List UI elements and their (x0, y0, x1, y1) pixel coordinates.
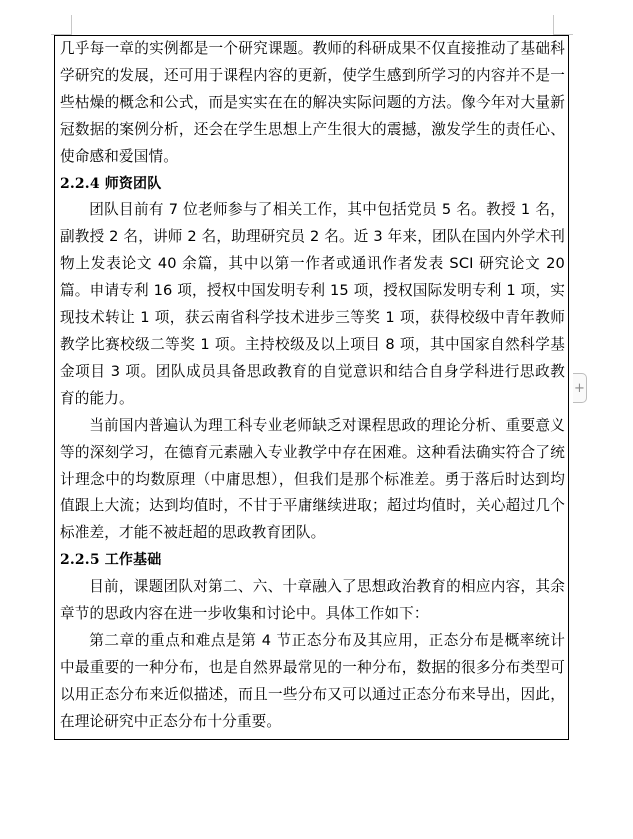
work-foundation-paragraph-2: 第二章的重点和难点是第 4 节正态分布及其应用，正态分布是概率统计中最重要的一种… (60, 628, 565, 736)
crop-mark-top-left-vertical (71, 15, 72, 35)
plus-icon: + (574, 381, 585, 396)
faculty-team-paragraph-2: 当前国内普遍认为理工科专业老师缺乏对课程思政的理论分析、重要意义等的深刻学习，在… (60, 413, 565, 548)
section-heading-faculty-team: 2.2.4 师资团队 (60, 171, 565, 198)
crop-mark-top-right-vertical (553, 15, 554, 35)
faculty-team-paragraph-1: 团队目前有 7 位老师参与了相关工作，其中包括党员 5 名。教授 1 名，副教授… (60, 197, 565, 412)
document-body[interactable]: 几乎每一章的实例都是一个研究课题。教师的科研成果不仅直接推动了基础科学研究的发展… (60, 36, 565, 736)
document-table-cell[interactable]: 几乎每一章的实例都是一个研究课题。教师的科研成果不仅直接推动了基础科学研究的发展… (54, 35, 569, 740)
add-table-row-button[interactable]: + (573, 373, 587, 403)
work-foundation-paragraph-1: 目前，课题团队对第二、六、十章融入了思想政治教育的相应内容，其余章节的思政内容在… (60, 574, 565, 628)
section-heading-work-foundation: 2.2.5 工作基础 (60, 547, 565, 574)
intro-paragraph: 几乎每一章的实例都是一个研究课题。教师的科研成果不仅直接推动了基础科学研究的发展… (60, 36, 565, 171)
